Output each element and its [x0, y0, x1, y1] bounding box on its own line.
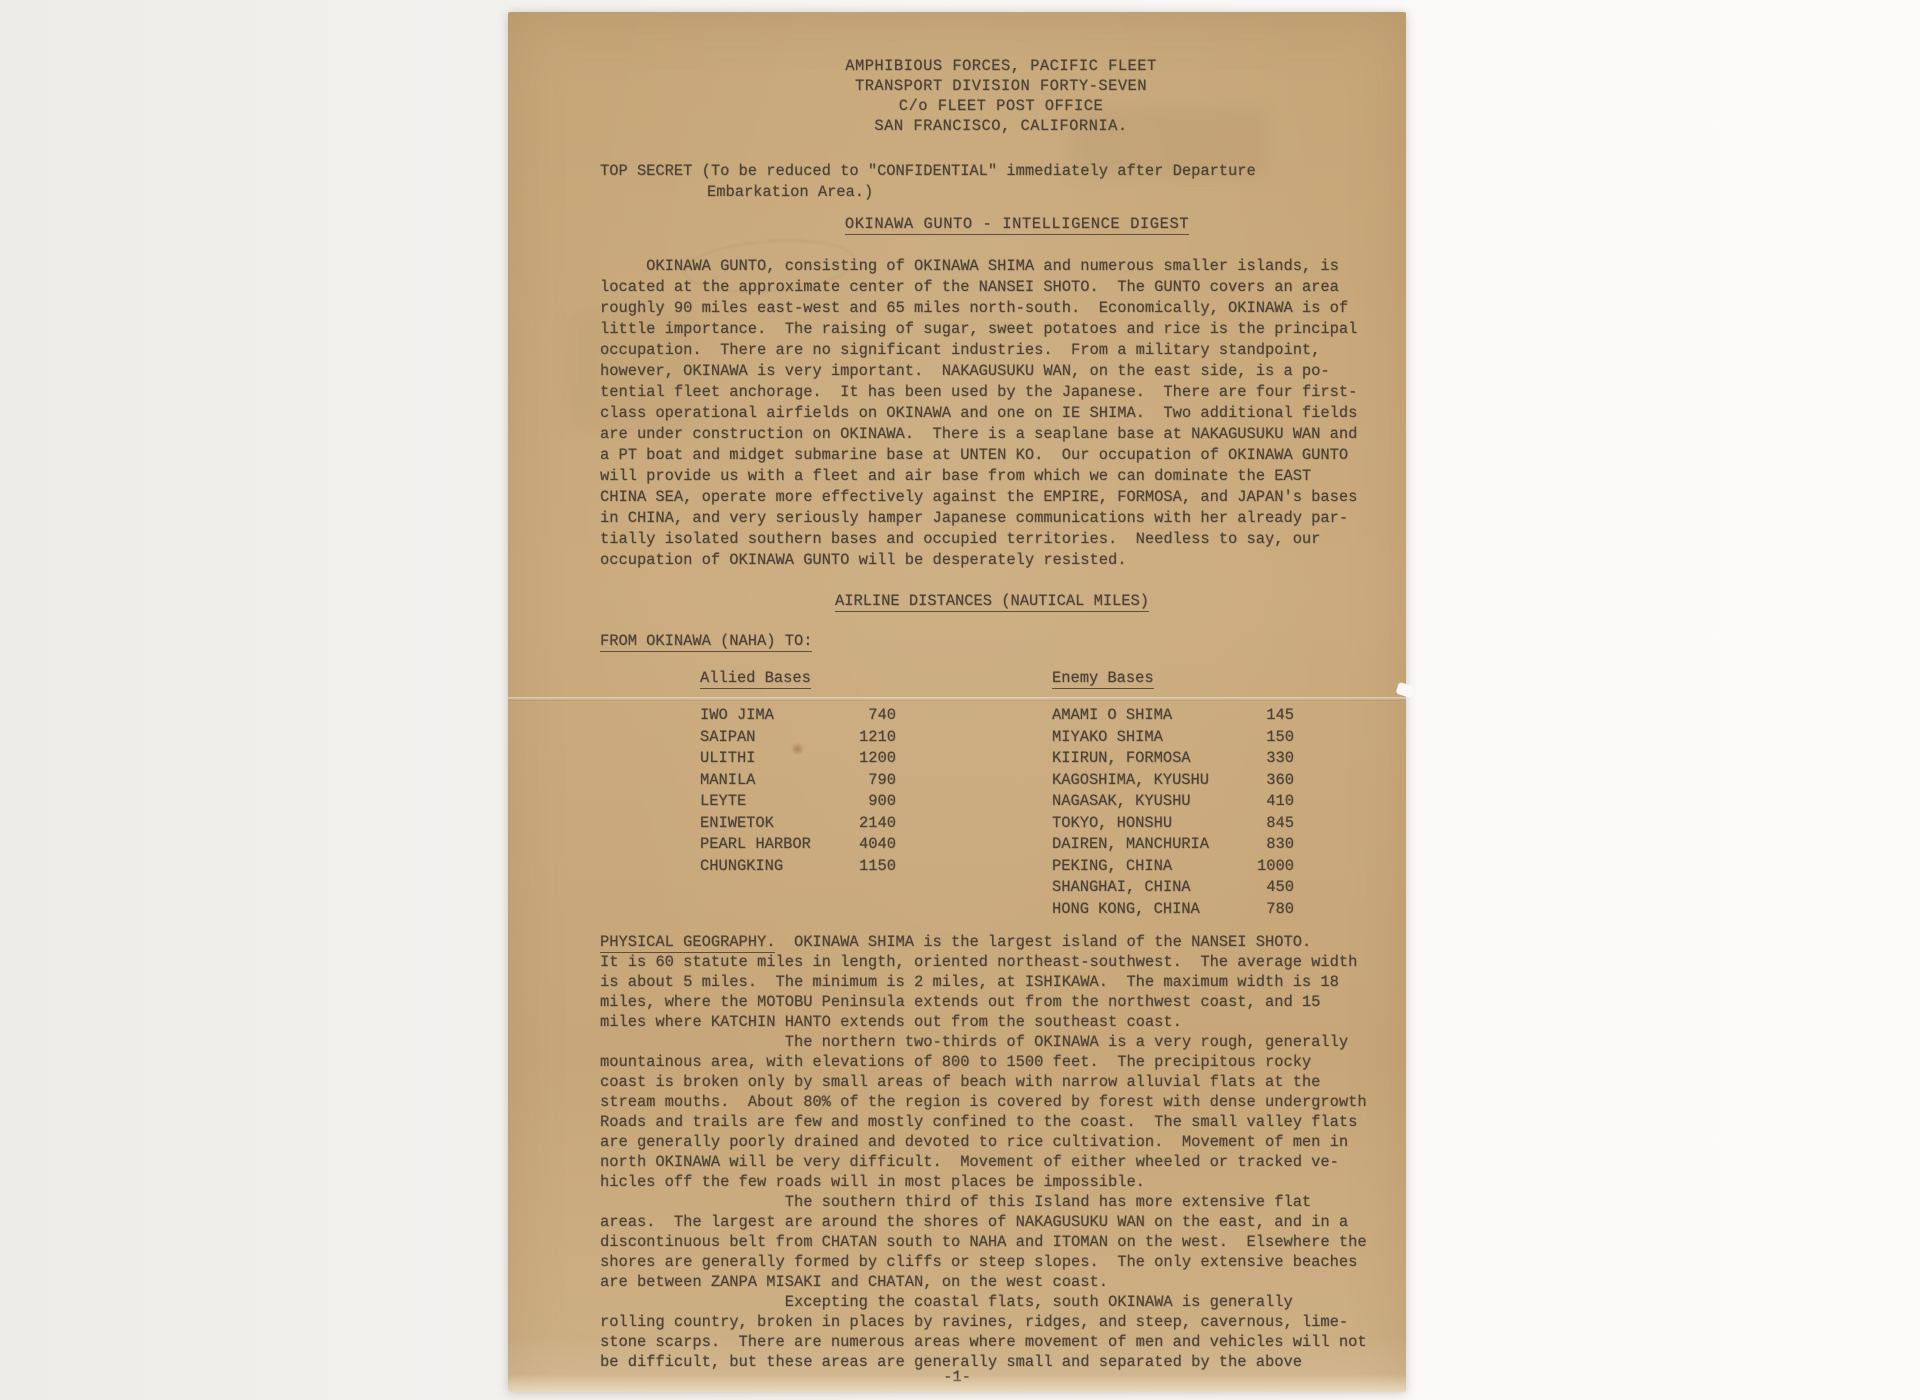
geography-heading: PHYSICAL GEOGRAPHY.	[600, 933, 775, 953]
base-name: KAGOSHIMA, KYUSHU	[1052, 771, 1248, 793]
table-row: MIYAKO SHIMA150	[1052, 728, 1294, 750]
base-distance: 150	[1248, 728, 1294, 750]
base-name: ENIWETOK	[700, 814, 850, 836]
document-page: AMPHIBIOUS FORCES, PACIFIC FLEET TRANSPO…	[508, 12, 1406, 1392]
base-distance: 450	[1248, 878, 1294, 900]
classification-banner: TOP SECRET (To be reduced to "CONFIDENTI…	[600, 161, 1256, 203]
table-row: CHUNGKING1150	[700, 857, 896, 879]
table-row: DAIREN, MANCHURIA830	[1052, 835, 1294, 857]
paper-tear	[1396, 682, 1415, 698]
table-row: IWO JIMA740	[700, 706, 896, 728]
base-distance: 4040	[850, 835, 896, 857]
table-row: SHANGHAI, CHINA450	[1052, 878, 1294, 900]
base-distance: 145	[1248, 706, 1294, 728]
table-row: TOKYO, HONSHU845	[1052, 814, 1294, 836]
base-distance: 780	[1248, 900, 1294, 922]
fold-crease	[508, 697, 1406, 701]
table-row: PEKING, CHINA1000	[1052, 857, 1294, 879]
table-row: KIIRUN, FORMOSA330	[1052, 749, 1294, 771]
base-name: CHUNGKING	[700, 857, 850, 879]
base-name: LEYTE	[700, 792, 850, 814]
base-distance: 1210	[850, 728, 896, 750]
letterhead-line: SAN FRANCISCO, CALIFORNIA.	[552, 116, 1450, 136]
base-name: MANILA	[700, 771, 850, 793]
page-number: -1-	[508, 1368, 1406, 1386]
base-distance: 330	[1248, 749, 1294, 771]
base-name: ULITHI	[700, 749, 850, 771]
base-distance: 740	[850, 706, 896, 728]
intro-paragraph: OKINAWA GUNTO, consisting of OKINAWA SHI…	[600, 256, 1357, 571]
base-distance: 410	[1248, 792, 1294, 814]
distances-heading: AIRLINE DISTANCES (NAUTICAL MILES)	[835, 592, 1149, 612]
letterhead-line: C/o FLEET POST OFFICE	[552, 96, 1450, 116]
base-distance: 790	[850, 771, 896, 793]
base-name: HONG KONG, CHINA	[1052, 900, 1248, 922]
base-name: KIIRUN, FORMOSA	[1052, 749, 1248, 771]
base-name: NAGASAK, KYUSHU	[1052, 792, 1248, 814]
base-name: TOKYO, HONSHU	[1052, 814, 1248, 836]
base-distance: 360	[1248, 771, 1294, 793]
table-row: ULITHI1200	[700, 749, 896, 771]
table-row: SAIPAN1210	[700, 728, 896, 750]
base-name: DAIREN, MANCHURIA	[1052, 835, 1248, 857]
base-distance: 830	[1248, 835, 1294, 857]
base-distance: 1000	[1248, 857, 1294, 879]
allied-bases-header: Allied Bases	[700, 669, 811, 689]
table-row: PEARL HARBOR4040	[700, 835, 896, 857]
base-name: PEARL HARBOR	[700, 835, 850, 857]
letterhead-line: TRANSPORT DIVISION FORTY-SEVEN	[552, 76, 1450, 96]
page-title: OKINAWA GUNTO - INTELLIGENCE DIGEST	[845, 215, 1189, 235]
base-distance: 1200	[850, 749, 896, 771]
base-name: MIYAKO SHIMA	[1052, 728, 1248, 750]
base-name: AMAMI O SHIMA	[1052, 706, 1248, 728]
table-row: LEYTE900	[700, 792, 896, 814]
geography-body: OKINAWA SHIMA is the largest island of t…	[600, 933, 1367, 1371]
table-row: KAGOSHIMA, KYUSHU360	[1052, 771, 1294, 793]
base-distance: 2140	[850, 814, 896, 836]
base-name: SHANGHAI, CHINA	[1052, 878, 1248, 900]
enemy-bases-header: Enemy Bases	[1052, 669, 1154, 689]
distances-from-label: FROM OKINAWA (NAHA) TO:	[600, 632, 812, 652]
classification-line: TOP SECRET (To be reduced to "CONFIDENTI…	[600, 161, 1256, 182]
base-distance: 1150	[850, 857, 896, 879]
base-name: PEKING, CHINA	[1052, 857, 1248, 879]
base-name: IWO JIMA	[700, 706, 850, 728]
table-row: MANILA790	[700, 771, 896, 793]
table-row: HONG KONG, CHINA780	[1052, 900, 1294, 922]
classification-line: Embarkation Area.)	[707, 182, 1256, 203]
letterhead: AMPHIBIOUS FORCES, PACIFIC FLEET TRANSPO…	[552, 56, 1450, 136]
base-name: SAIPAN	[700, 728, 850, 750]
base-distance: 900	[850, 792, 896, 814]
enemy-bases-table: AMAMI O SHIMA145 MIYAKO SHIMA150 KIIRUN,…	[1052, 706, 1294, 921]
letterhead-line: AMPHIBIOUS FORCES, PACIFIC FLEET	[552, 56, 1450, 76]
geography-section: PHYSICAL GEOGRAPHY. OKINAWA SHIMA is the…	[600, 932, 1367, 1372]
allied-bases-table: IWO JIMA740 SAIPAN1210 ULITHI1200 MANILA…	[700, 706, 896, 878]
table-row: AMAMI O SHIMA145	[1052, 706, 1294, 728]
table-row: ENIWETOK2140	[700, 814, 896, 836]
base-distance: 845	[1248, 814, 1294, 836]
table-row: NAGASAK, KYUSHU410	[1052, 792, 1294, 814]
